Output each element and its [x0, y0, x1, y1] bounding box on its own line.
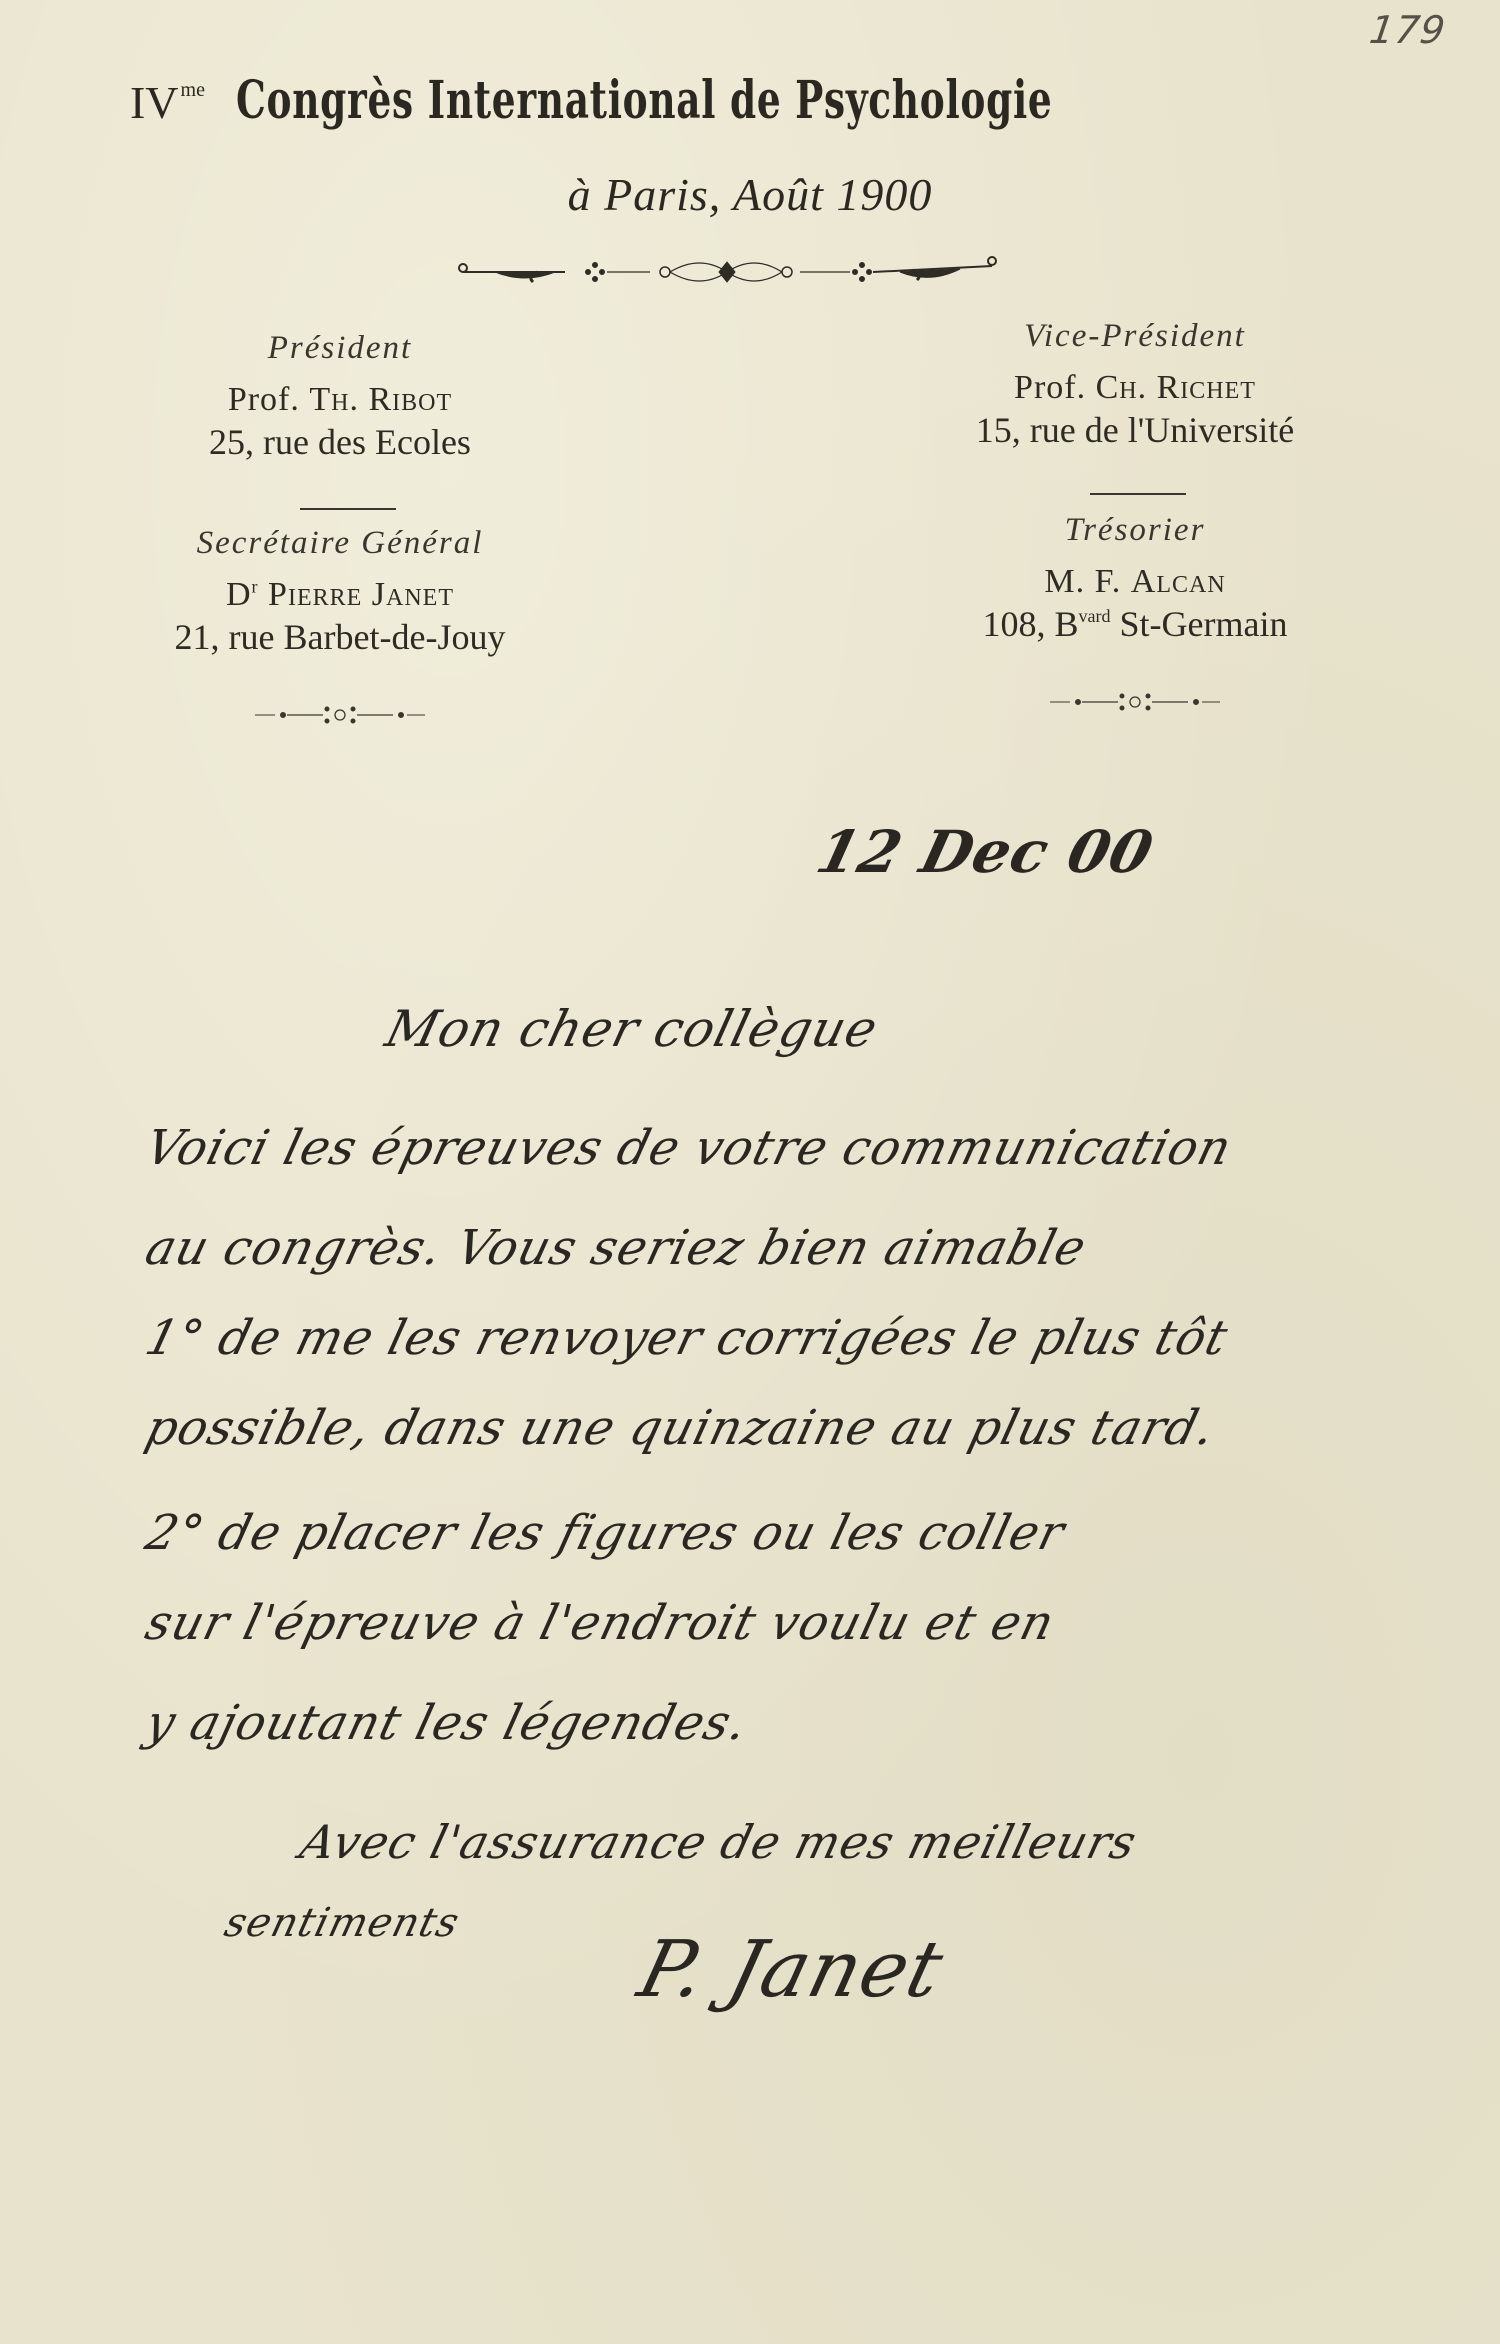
letterhead-title: IVme Congrès International de Psychologi… — [0, 70, 1500, 131]
congress-title: Congrès International de Psychologie — [236, 70, 1052, 131]
closing-line: sentiments — [220, 1900, 464, 1946]
closing-line: Avec l'assurance de mes meilleurs — [295, 1815, 1142, 1869]
officer-president: Président Prof. Th. Ribot 25, rue des Ec… — [110, 330, 570, 463]
letter-date: 12 Dec 00 — [810, 818, 1160, 886]
ornament-divider-icon — [455, 248, 1000, 288]
officer-role: Vice-Président — [890, 318, 1380, 355]
congress-ordinal: IVme — [130, 77, 205, 128]
small-ornament-icon — [1050, 692, 1220, 712]
officer-treasurer: Trésorier M. F. Alcan 108, Bvard St-Germ… — [890, 512, 1380, 645]
officer-name: Prof. Ch. Richet — [890, 369, 1380, 407]
officer-name: M. F. Alcan — [890, 563, 1380, 601]
signature: P. Janet — [630, 1925, 952, 2015]
body-line: y ajoutant les légendes. — [140, 1695, 753, 1751]
body-line: Voici les épreuves de votre communicatio… — [140, 1120, 1238, 1176]
officer-address: 21, rue Barbet-de-Jouy — [110, 616, 570, 658]
body-line: sur l'épreuve à l'endroit voulu et en — [140, 1595, 1060, 1651]
small-ornament-icon — [255, 705, 425, 725]
body-line: au congrès. Vous seriez bien aimable — [140, 1220, 1092, 1276]
officer-role: Secrétaire Général — [110, 525, 570, 562]
officer-name: Prof. Th. Ribot — [110, 381, 570, 419]
letterhead-subtitle: à Paris, Août 1900 — [0, 168, 1500, 221]
body-line: 2° de placer les figures ou les coller — [140, 1505, 1071, 1561]
officer-address: 25, rue des Ecoles — [110, 421, 570, 463]
divider-rule — [1090, 493, 1186, 495]
officer-address: 108, Bvard St-Germain — [890, 603, 1380, 645]
folio-number: 179 — [1367, 8, 1449, 52]
divider-rule — [300, 508, 396, 510]
officer-vice-president: Vice-Président Prof. Ch. Richet 15, rue … — [890, 318, 1380, 451]
body-line: possible, dans une quinzaine au plus tar… — [140, 1400, 1221, 1456]
body-line: 1° de me les renvoyer corrigées le plus … — [140, 1310, 1234, 1366]
officer-name: Dr Pierre Janet — [110, 576, 570, 614]
officer-role: Trésorier — [890, 512, 1380, 549]
officer-secretary: Secrétaire Général Dr Pierre Janet 21, r… — [110, 525, 570, 658]
letter-salutation: Mon cher collègue — [380, 1000, 884, 1058]
officer-address: 15, rue de l'Université — [890, 409, 1380, 451]
officer-role: Président — [110, 330, 570, 367]
